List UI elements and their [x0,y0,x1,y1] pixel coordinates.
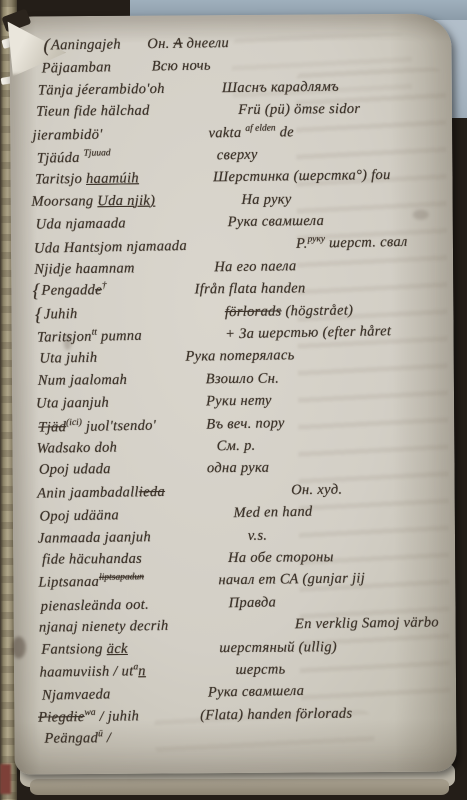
term-segment: liptsapadun [99,573,144,584]
gloss-segment: Въ веч. пору [206,415,285,432]
native-term: Fantsiong äck [37,637,128,660]
translation-gloss: Frü (pü) ömse sidor [238,98,360,121]
native-term: Janmaada jaanjuh [36,526,151,550]
term-segment: Num jaalomah [38,372,128,389]
native-term: njanaj nienety decrih [37,615,169,639]
term-segment: Aaningajeh [51,36,121,53]
term-segment: haamúih [86,171,139,188]
term-segment: Opoj udääna [39,507,119,524]
term-segment: ieda [139,484,165,500]
term-segment: Tänja jéerambido'oh [38,81,165,99]
gloss-segment: Руки нету [206,393,272,410]
gloss-segment: шерсть [235,661,285,678]
gloss-segment: Frü (pü) ömse sidor [238,101,360,118]
term-segment: Uta jaanjuh [36,395,109,412]
term-segment: Fantsiong [41,641,107,658]
native-term: Opoj udada [35,459,111,482]
gloss-segment: На его паела [214,258,296,275]
term-segment: Taritsjon [37,329,92,346]
term-segment: Pengadd [41,283,95,299]
term-segment: † [102,281,107,291]
term-segment: Njidje haamnam [34,260,135,277]
gloss-segment: На обе стороны [228,549,334,566]
term-segment: Peängad [44,730,98,746]
translation-gloss: Руки нету [206,390,272,413]
notebook-photo: (AaningajehОн. А днеелиPäjaambanВсю ночь… [0,0,467,800]
gloss-segment: Правда [229,594,277,611]
term-segment: Uda Hantsjom njamaada [34,237,187,256]
translation-gloss: Всю ночь [151,55,211,78]
native-term: {Juhih [33,303,78,327]
term-segment: n [138,663,146,679]
manuscript-line: Peängadü / [38,724,452,750]
translation-gloss: сверху [217,144,258,167]
term-segment: Päjaamban [42,60,112,77]
translation-gloss: начал em СА (gunjar jij [218,568,365,592]
term-segment: Taritsjo [35,171,86,188]
gloss-segment: förlorads [225,303,282,320]
native-term: pienasleända oot. [37,593,150,617]
translation-gloss: Шерстинка (шерстка°) fou [213,164,391,189]
translation-gloss: Он. А днеели [147,32,229,55]
term-segment: jierambidö' [32,126,102,143]
term-segment: wa [84,708,95,718]
term-segment: Tjäd [38,419,66,436]
gloss-segment: (Flata) handen förlorads [200,705,352,723]
translation-gloss: Рука свамшела [208,680,305,704]
term-segment: Juhih [44,306,78,322]
term-segment: äck [107,640,128,656]
gloss-segment: руку [307,234,325,244]
term-segment: tt [92,328,97,338]
native-term: Uta juhih [33,347,97,370]
translation-gloss: Правда [228,591,276,614]
native-term: Njamvaeda [38,684,111,708]
term-segment: Tjuuad [84,148,111,158]
native-term: Tieun fide hälchad [30,100,150,123]
translation-gloss: На обе стороны [228,546,334,569]
native-term: {Pengadde† [33,279,107,304]
gloss-segment: v.s. [248,527,268,543]
gloss-segment: de [276,124,294,140]
term-segment: { [35,304,43,325]
native-term: Tänja jéerambido'oh [30,78,165,102]
term-segment: njanaj nienety decrih [39,618,169,636]
gloss-segment: Med en hand [233,504,312,521]
translation-gloss: Med en hand [233,501,312,525]
translation-gloss: См. р. [217,435,256,458]
gloss-segment: Рука потерялась [185,348,294,365]
gloss-segment: См. р. [217,438,256,455]
translation-gloss: одна рука [207,457,270,480]
gloss-segment: Всю ночь [152,58,211,75]
gloss-segment: Шаснъ карадлямъ [222,78,339,96]
term-segment: Uda njamaada [36,216,126,233]
term-segment: ( [43,35,50,56]
translation-gloss: Рука потерялась [185,345,294,369]
term-segment: Liptsanaa [38,574,99,591]
translation-gloss: Р.руку шерст. свал [296,230,408,256]
translation-gloss: На руку [241,188,291,211]
translation-gloss: Взошло Сн. [206,367,280,390]
native-term: Peängadü / [38,727,111,752]
gloss-segment: Взошло Сн. [206,370,280,387]
term-segment: fide häcuhandas [42,551,142,568]
term-segment: Tjäúda [37,150,84,167]
term-segment: pienasleända oot. [41,596,149,614]
native-term: (Aaningajeh [29,33,121,58]
native-term: jierambidö' [30,123,102,146]
manuscript-page: (AaningajehОн. А днеелиPäjaambanВсю ночь… [9,13,456,774]
native-term: Moorsang Uda njik) [31,189,155,212]
translation-gloss: На его паела [214,255,297,278]
term-segment: Tieun fide hälchad [36,103,149,120]
native-term: Anin jaambadallieda [35,481,165,505]
native-term: Njidje haamnam [32,257,135,281]
term-segment: { [33,281,41,302]
gloss-segment: шерстяный (ullig) [219,639,337,656]
term-segment: juol'tsendo' [82,417,156,434]
gloss-segment: Рука свамшела [228,213,325,230]
translation-gloss: Он. худ. [291,478,342,501]
term-segment: Moorsang [31,193,97,210]
book-cover-sliver [0,764,11,794]
native-term: Num jaalomah [34,369,128,392]
ink-blot [12,636,26,658]
gloss-segment: Он. [147,36,173,52]
term-segment: Anin jaambadall [37,484,139,501]
gloss-segment: Р. [296,235,308,251]
gloss-segment: Ifrån flata handen [195,281,306,298]
native-term: Opoj udääna [35,504,119,528]
gloss-segment: af elden [245,123,275,133]
term-segment: pumna [97,328,142,345]
term-segment: / [103,730,111,746]
term-segment: Njamvaeda [42,687,111,704]
term-segment: Uta juhih [39,350,97,367]
term-segment: (ici) [66,418,82,428]
gloss-segment: Он. худ. [291,481,342,498]
gloss-segment: En verklig Samoj värbo [295,615,439,633]
gloss-segment: (högstrået) [281,302,353,319]
native-term: Liptsanaaliptsapadun [36,571,144,597]
gloss-segment: днеели [183,35,230,52]
translation-gloss: Шаснъ карадлямъ [222,75,339,99]
native-term: Uta jaanjuh [34,392,109,415]
gloss-segment: Рука свамшела [208,683,305,701]
translation-gloss: шерстяный (ullig) [219,636,337,659]
underlying-page-edge [30,779,449,795]
term-segment: haamuviish / ut [39,663,133,680]
term-segment: Piegdie [38,709,85,726]
gloss-segment: На руку [241,191,291,207]
gloss-segment: vakta [208,124,245,140]
term-segment: / juhih [96,708,140,725]
translation-gloss: Въ веч. пору [206,412,285,436]
native-term: Päjaamban [29,57,111,81]
gloss-segment: одна рука [207,460,269,477]
gloss-segment: Шерстинка (шерстка°) fou [213,167,391,185]
translation-gloss: förlorads (högstrået) [225,299,354,323]
native-term: Uda njamaada [32,213,126,237]
native-term: fide häcuhandas [36,548,142,571]
term-segment: ü [98,729,103,739]
translation-gloss: v.s. [248,524,268,547]
term-segment: a [133,662,138,672]
term-segment: Janmaada jaanjuh [38,529,151,546]
translation-gloss: En verklig Samoj värbo [295,612,439,636]
translation-gloss: (Flata) handen förlorads [200,702,352,726]
gloss-segment: шерст. свал [325,233,408,251]
translation-gloss: шерсть [235,658,285,681]
gloss-segment: сверху [217,147,258,164]
handwritten-text-block: (AaningajehОн. А днеелиPäjaambanВсю ночь… [29,29,453,769]
native-term: Wadsako doh [35,437,118,460]
translation-gloss: + За шерстью (efter håret [225,320,391,345]
term-segment: Wadsako doh [37,440,118,457]
translation-gloss: Рука свамшела [228,210,325,234]
term-segment: Opoj udada [39,462,111,479]
term-segment: Uda njik) [97,192,155,209]
gloss-segment: начал em СА (gunjar jij [218,571,365,589]
translation-gloss: Ifrån flata handen [195,278,306,301]
gloss-segment: + За шерстью (efter håret [225,323,391,342]
native-term: Taritsjo haamúih [31,168,139,192]
